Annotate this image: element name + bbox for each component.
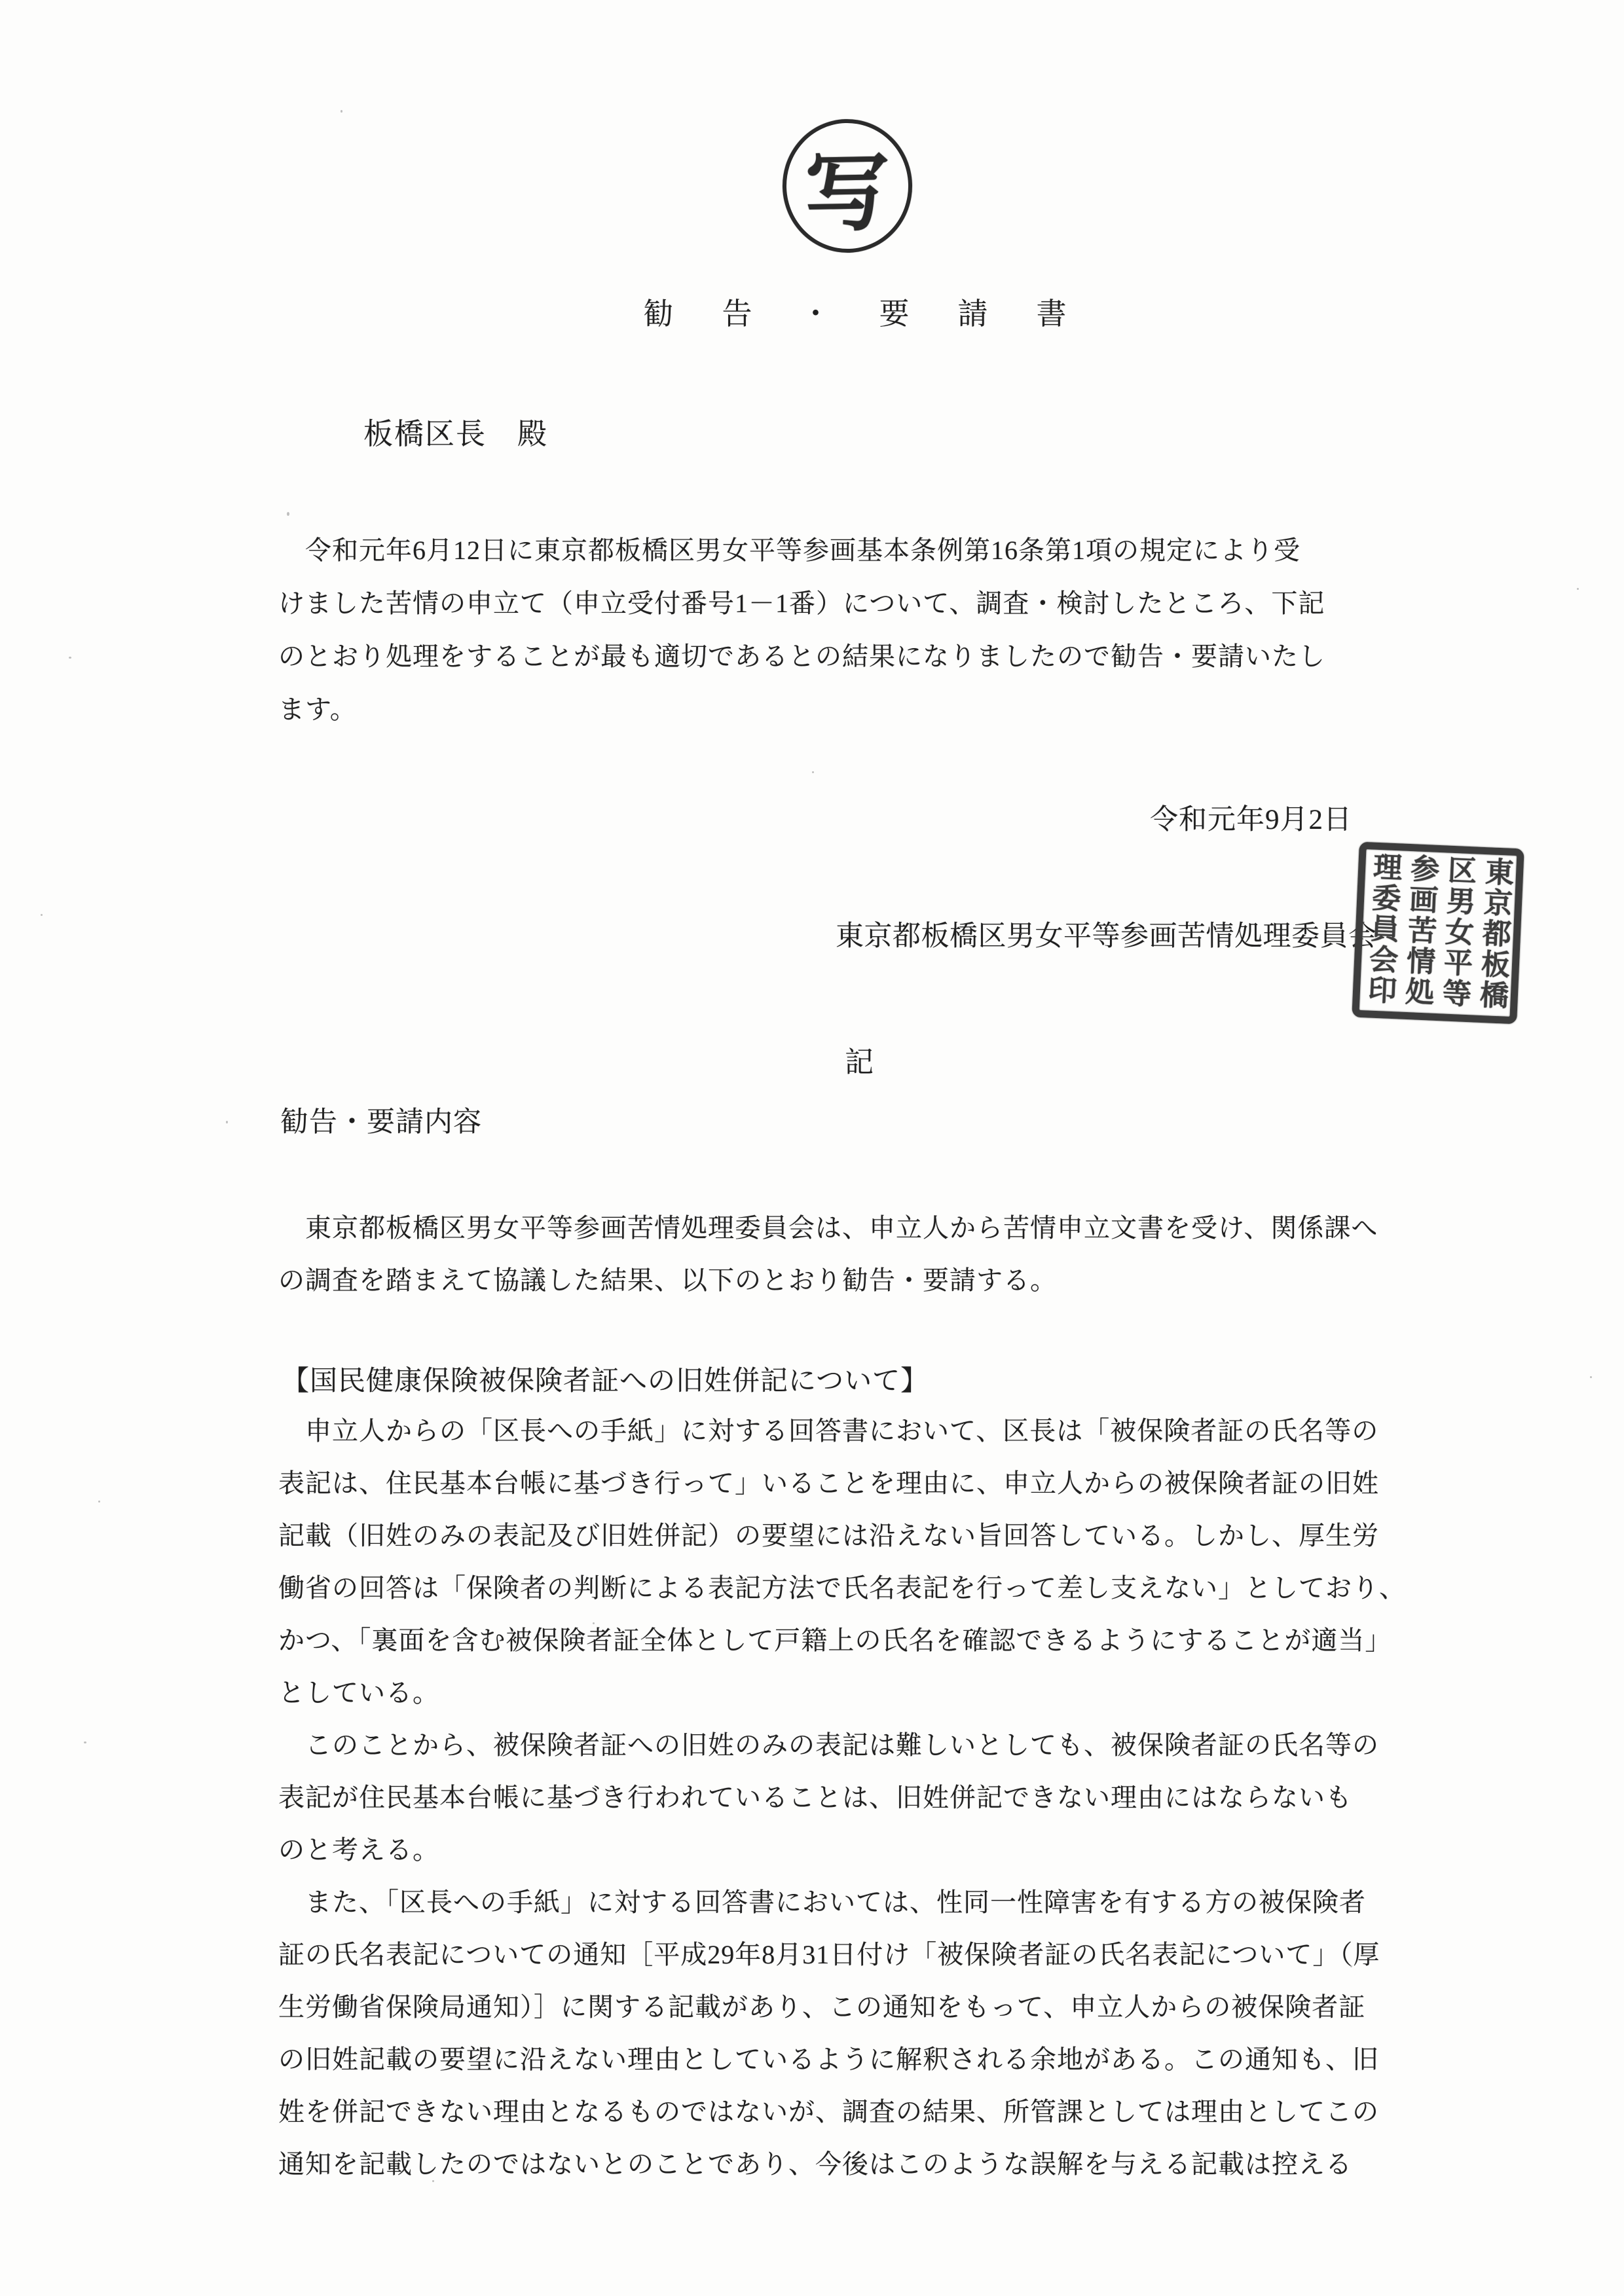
committee-seal-text: 東京都板橋 区男女平等 参画苦情処 理委員会印 <box>1360 851 1516 1015</box>
body-line: 通知を記載したのではないとのことであり、今後はこのような誤解を与える記載は控える <box>278 2138 1435 2191</box>
scan-speck <box>287 512 289 516</box>
intro-line: けました苦情の申立て（申立受付番号1－1番）について、調査・検討したところ、下記 <box>278 577 1435 630</box>
body-line: 証の氏名表記についての通知［平成29年8月31日付け「被保険者証の氏名表記につい… <box>278 1929 1435 1981</box>
body-line: 表記は、住民基本台帳に基づき行って」いることを理由に、申立人からの被保険者証の旧… <box>278 1457 1435 1510</box>
body-line: また、「区長への手紙」に対する回答書においては、性同一性障害を有する方の被保険者 <box>278 1876 1435 1929</box>
intro-line: 令和元年6月12日に東京都板橋区男女平等参画基本条例第16条第1項の規定により受 <box>278 524 1435 577</box>
document-title: 勧 告 ・ 要 請 書 <box>288 290 1431 333</box>
body-line: 申立人からの「区長への手紙」に対する回答書において、区長は「被保険者証の氏名等の <box>278 1405 1435 1457</box>
intro-line: ます。 <box>278 683 1435 736</box>
ki-marker: 記 <box>845 1038 874 1080</box>
committee-seal-stamp: 東京都板橋 区男女平等 参画苦情処 理委員会印 <box>1352 842 1524 1025</box>
scan-speck <box>98 1501 100 1503</box>
scan-speck <box>812 771 814 773</box>
preamble-line: の調査を踏まえて協議した結果、以下のとおり勧告・要請する。 <box>278 1254 1435 1307</box>
scanned-document-page: 写 勧 告 ・ 要 請 書 板橋区長 殿 令和元年6月12日に東京都板橋区男女平… <box>0 0 1624 2296</box>
scan-speck <box>84 1741 86 1743</box>
body-line: の旧姓記載の要望に沿えない理由としているように解釈される余地がある。この通知も、… <box>278 2033 1435 2086</box>
body-line: 生労働省保険局通知）］に関する記載があり、この通知をもって、申立人からの被保険者… <box>278 1981 1435 2033</box>
document-date: 令和元年9月2日 <box>1150 797 1352 837</box>
preamble-paragraph: 東京都板橋区男女平等参画苦情処理委員会は、申立人から苦情申立文書を受け、関係課へ… <box>278 1202 1435 1307</box>
body-line: のと考える。 <box>278 1824 1435 1876</box>
scan-speck <box>69 657 71 659</box>
scan-speck <box>341 110 342 113</box>
copy-circle-stamp: 写 <box>781 117 915 255</box>
sender-committee-name: 東京都板橋区男女平等参画苦情処理委員会 <box>836 914 1377 954</box>
body-line: としている。 <box>278 1667 1435 1719</box>
body-line: 姓を併記できない理由となるものではないが、調査の結果、所管課としては理由としてこ… <box>278 2086 1435 2138</box>
body-line: 記載（旧姓のみの表記及び旧姓併記）の要望には沿えない旨回答している。しかし、厚生… <box>278 1510 1435 1562</box>
body-line: 働省の回答は「保険者の判断による表記方法で氏名表記を行って差し支えない」としてお… <box>278 1562 1435 1614</box>
body-line: 表記が住民基本台帳に基づき行われていることは、旧姓併記できない理由にはならないも <box>278 1772 1435 1824</box>
scan-speck <box>41 914 43 916</box>
scan-speck <box>593 1622 595 1624</box>
body-paragraphs: 申立人からの「区長への手紙」に対する回答書において、区長は「被保険者証の氏名等の… <box>278 1405 1435 2191</box>
scan-speck <box>1350 1965 1352 1967</box>
copy-stamp-glyph: 写 <box>803 124 891 247</box>
section-label: 勧告・要請内容 <box>280 1100 482 1140</box>
topic-heading: 【国民健康保険被保険者証への旧姓併記について】 <box>282 1359 929 1398</box>
scan-speck <box>226 1121 228 1123</box>
scan-speck <box>1577 588 1579 590</box>
intro-paragraph: 令和元年6月12日に東京都板橋区男女平等参画基本条例第16条第1項の規定により受… <box>278 524 1435 736</box>
scan-speck <box>1590 1376 1592 1378</box>
body-line: かつ、「裏面を含む被保険者証全体として戸籍上の氏名を確認できるようにすることが適… <box>278 1614 1435 1667</box>
preamble-line: 東京都板橋区男女平等参画苦情処理委員会は、申立人から苦情申立文書を受け、関係課へ <box>278 1202 1435 1254</box>
scan-speck <box>432 2180 434 2182</box>
intro-line: のとおり処理をすることが最も適切であるとの結果になりましたので勧告・要請いたし <box>278 630 1435 683</box>
recipient-line: 板橋区長 殿 <box>363 410 548 452</box>
body-line: このことから、被保険者証への旧姓のみの表記は難しいとしても、被保険者証の氏名等の <box>278 1719 1435 1772</box>
